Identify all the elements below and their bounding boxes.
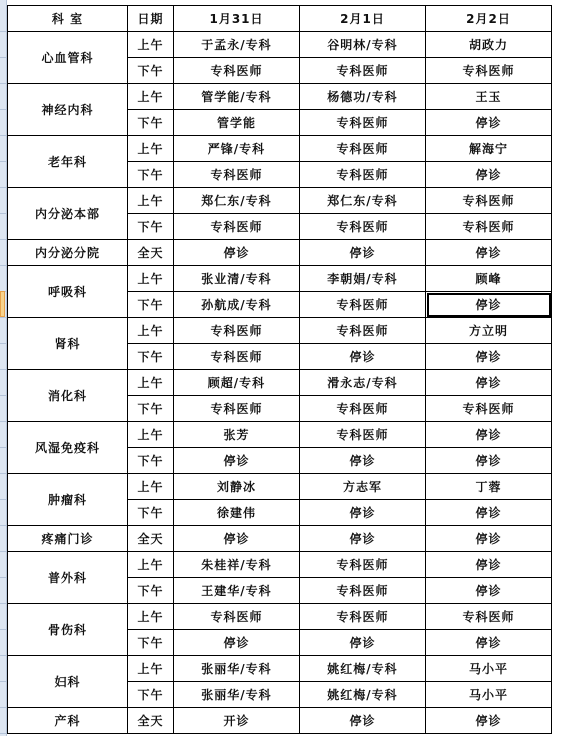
row-header-divider [0,31,6,32]
time-slot-cell[interactable]: 上午 [128,552,174,578]
schedule-cell[interactable]: 停诊 [426,630,552,656]
time-slot-cell[interactable]: 下午 [128,292,174,318]
time-slot-cell[interactable]: 下午 [128,500,174,526]
schedule-cell[interactable]: 专科医师 [174,344,300,370]
row-header-divider [0,525,6,526]
time-slot-cell[interactable]: 上午 [128,474,174,500]
schedule-cell[interactable]: 停诊 [426,240,552,266]
schedule-cell[interactable]: 胡政力 [426,32,552,58]
schedule-cell[interactable]: 张芳 [174,422,300,448]
schedule-cell[interactable]: 专科医师 [300,422,426,448]
header-day-3[interactable]: 2月2日 [426,6,552,32]
schedule-cell[interactable]: 停诊 [300,448,426,474]
row-header-divider [0,317,6,318]
schedule-cell[interactable]: 郑仁东/专科 [300,188,426,214]
schedule-cell[interactable]: 专科医师 [300,58,426,84]
schedule-cell[interactable]: 顾峰 [426,266,552,292]
schedule-cell[interactable]: 停诊 [426,110,552,136]
time-slot-cell[interactable]: 全天 [128,708,174,734]
schedule-cell[interactable]: 专科医师 [426,604,552,630]
schedule-cell[interactable]: 于孟永/专科 [174,32,300,58]
row-header-divider [0,395,6,396]
time-slot-cell[interactable]: 全天 [128,526,174,552]
department-cell[interactable]: 疼痛门诊 [8,526,128,552]
schedule-cell[interactable]: 专科医师 [174,604,300,630]
row-header-divider [0,551,6,552]
time-slot-cell[interactable]: 全天 [128,240,174,266]
department-cell[interactable]: 心血管科 [8,32,128,84]
table-row: 神经内科上午管学能/专科杨德功/专科王玉 [8,84,552,110]
department-cell[interactable]: 老年科 [8,136,128,188]
row-header-divider [0,655,6,656]
time-slot-cell[interactable]: 下午 [128,682,174,708]
department-cell[interactable]: 呼吸科 [8,266,128,318]
schedule-cell[interactable]: 专科医师 [300,292,426,318]
department-cell[interactable]: 肿瘤科 [8,474,128,526]
schedule-cell[interactable]: 专科医师 [426,58,552,84]
schedule-cell[interactable]: 停诊 [300,240,426,266]
schedule-cell[interactable]: 专科医师 [174,396,300,422]
schedule-cell[interactable]: 滑永志/专科 [300,370,426,396]
schedule-cell[interactable]: 专科医师 [300,136,426,162]
schedule-cell[interactable]: 停诊 [300,500,426,526]
row-header-gutter[interactable] [0,0,7,736]
schedule-cell[interactable]: 停诊 [426,552,552,578]
time-slot-cell[interactable]: 上午 [128,318,174,344]
department-cell[interactable]: 骨伤科 [8,604,128,656]
schedule-cell[interactable]: 朱桂祥/专科 [174,552,300,578]
schedule-cell[interactable]: 专科医师 [300,318,426,344]
row-header-divider [0,447,6,448]
time-slot-cell[interactable]: 上午 [128,604,174,630]
row-header-divider [0,369,6,370]
table-row: 普外科上午朱桂祥/专科专科医师停诊 [8,552,552,578]
time-slot-cell[interactable]: 上午 [128,370,174,396]
schedule-cell[interactable]: 马小平 [426,656,552,682]
schedule-cell[interactable]: 管学能 [174,110,300,136]
time-slot-cell[interactable]: 上午 [128,266,174,292]
schedule-cell[interactable]: 专科医师 [174,58,300,84]
row-header-selected[interactable] [0,291,5,317]
table-row: 肿瘤科上午刘静冰方志军丁蓉 [8,474,552,500]
schedule-cell[interactable]: 严锋/专科 [174,136,300,162]
schedule-cell[interactable]: 停诊 [426,526,552,552]
schedule-cell[interactable]: 专科医师 [300,578,426,604]
schedule-cell[interactable]: 张丽华/专科 [174,656,300,682]
department-cell[interactable]: 内分泌分院 [8,240,128,266]
time-slot-cell[interactable]: 下午 [128,630,174,656]
schedule-cell[interactable]: 刘静冰 [174,474,300,500]
schedule-cell[interactable]: 停诊 [426,448,552,474]
schedule-cell[interactable]: 停诊 [174,630,300,656]
schedule-cell[interactable]: 张丽华/专科 [174,682,300,708]
schedule-cell[interactable]: 停诊 [426,344,552,370]
row-header-divider [0,473,6,474]
header-row: 科 室 日期 1月31日 2月1日 2月2日 [8,6,552,32]
time-slot-cell[interactable]: 下午 [128,448,174,474]
schedule-cell[interactable]: 停诊 [426,370,552,396]
schedule-cell[interactable]: 谷明林/专科 [300,32,426,58]
schedule-cell[interactable]: 方志军 [300,474,426,500]
schedule-cell[interactable]: 姚红梅/专科 [300,656,426,682]
schedule-cell[interactable]: 方立明 [426,318,552,344]
time-slot-cell[interactable]: 上午 [128,422,174,448]
schedule-cell[interactable]: 丁蓉 [426,474,552,500]
table-row: 呼吸科上午张业清/专科李朝娟/专科顾峰 [8,266,552,292]
row-header-divider [0,109,6,110]
row-header-divider [0,603,6,604]
row-header-divider [0,707,6,708]
schedule-cell[interactable]: 停诊 [300,630,426,656]
table-row: 消化科上午顾超/专科滑永志/专科停诊 [8,370,552,396]
schedule-cell[interactable]: 孙航成/专科 [174,292,300,318]
row-header-divider [0,83,6,84]
schedule-cell[interactable]: 专科医师 [300,162,426,188]
department-cell[interactable]: 肾科 [8,318,128,370]
row-header-divider [0,265,6,266]
clinic-schedule-table: 科 室 日期 1月31日 2月1日 2月2日 心血管科上午于孟永/专科谷明林/专… [7,5,552,734]
table-row: 老年科上午严锋/专科专科医师解海宁 [8,136,552,162]
row-header-divider [0,681,6,682]
schedule-cell[interactable]: 徐建伟 [174,500,300,526]
schedule-cell[interactable]: 王建华/专科 [174,578,300,604]
schedule-cell[interactable]: 马小平 [426,682,552,708]
row-header-divider [0,421,6,422]
schedule-cell[interactable]: 停诊 [174,240,300,266]
table-row: 骨伤科上午专科医师专科医师专科医师 [8,604,552,630]
header-department[interactable]: 科 室 [8,6,128,32]
header-day-2[interactable]: 2月1日 [300,6,426,32]
schedule-cell[interactable]: 郑仁东/专科 [174,188,300,214]
time-slot-cell[interactable]: 下午 [128,214,174,240]
schedule-cell[interactable]: 专科医师 [426,214,552,240]
schedule-cell[interactable]: 停诊 [300,526,426,552]
schedule-cell[interactable]: 停诊 [426,162,552,188]
schedule-cell[interactable]: 姚红梅/专科 [300,682,426,708]
header-date[interactable]: 日期 [128,6,174,32]
table-row: 内分泌本部上午郑仁东/专科郑仁东/专科专科医师 [8,188,552,214]
row-header-divider [0,239,6,240]
time-slot-cell[interactable]: 上午 [128,136,174,162]
schedule-cell[interactable]: 专科医师 [300,396,426,422]
department-cell[interactable]: 风湿免疫科 [8,422,128,474]
schedule-cell[interactable]: 停诊 [426,708,552,734]
schedule-cell[interactable]: 开诊 [174,708,300,734]
schedule-cell[interactable]: 专科医师 [174,318,300,344]
table-row: 内分泌分院全天停诊停诊停诊 [8,240,552,266]
schedule-cell[interactable]: 管学能/专科 [174,84,300,110]
schedule-cell[interactable]: 王玉 [426,84,552,110]
department-cell[interactable]: 普外科 [8,552,128,604]
time-slot-cell[interactable]: 下午 [128,344,174,370]
table-row: 产科全天开诊停诊停诊 [8,708,552,734]
schedule-cell[interactable]: 顾超/专科 [174,370,300,396]
table-row: 肾科上午专科医师专科医师方立明 [8,318,552,344]
table-row: 风湿免疫科上午张芳专科医师停诊 [8,422,552,448]
selected-cell[interactable]: 停诊 [426,292,552,318]
schedule-cell[interactable]: 停诊 [174,448,300,474]
time-slot-cell[interactable]: 下午 [128,162,174,188]
row-header-divider [0,629,6,630]
time-slot-cell[interactable]: 下午 [128,110,174,136]
table-row: 疼痛门诊全天停诊停诊停诊 [8,526,552,552]
schedule-cell[interactable]: 专科医师 [300,110,426,136]
row-header-divider [0,161,6,162]
schedule-cell[interactable]: 专科医师 [174,214,300,240]
header-day-1[interactable]: 1月31日 [174,6,300,32]
schedule-cell[interactable]: 解海宁 [426,136,552,162]
row-header-divider [0,135,6,136]
row-header-divider [0,733,6,734]
schedule-cell[interactable]: 专科医师 [300,214,426,240]
schedule-cell[interactable]: 张业清/专科 [174,266,300,292]
schedule-cell[interactable]: 专科医师 [300,604,426,630]
schedule-cell[interactable]: 停诊 [426,578,552,604]
table-row: 心血管科上午于孟永/专科谷明林/专科胡政力 [8,32,552,58]
department-cell[interactable]: 内分泌本部 [8,188,128,240]
schedule-cell[interactable]: 专科医师 [174,162,300,188]
schedule-cell[interactable]: 李朝娟/专科 [300,266,426,292]
schedule-cell[interactable]: 杨德功/专科 [300,84,426,110]
schedule-cell[interactable]: 专科医师 [426,188,552,214]
table-row: 妇科上午张丽华/专科姚红梅/专科马小平 [8,656,552,682]
department-cell[interactable]: 消化科 [8,370,128,422]
time-slot-cell[interactable]: 上午 [128,32,174,58]
department-cell[interactable]: 妇科 [8,656,128,708]
department-cell[interactable]: 产科 [8,708,128,734]
row-header-divider [0,343,6,344]
row-header-divider [0,577,6,578]
time-slot-cell[interactable]: 上午 [128,656,174,682]
row-header-divider [0,213,6,214]
time-slot-cell[interactable]: 下午 [128,396,174,422]
row-header-divider [0,57,6,58]
schedule-cell[interactable]: 专科医师 [426,396,552,422]
row-header-divider [0,187,6,188]
schedule-cell[interactable]: 停诊 [426,422,552,448]
schedule-cell[interactable]: 停诊 [174,526,300,552]
time-slot-cell[interactable]: 上午 [128,188,174,214]
department-cell[interactable]: 神经内科 [8,84,128,136]
time-slot-cell[interactable]: 下午 [128,58,174,84]
schedule-cell[interactable]: 专科医师 [300,552,426,578]
time-slot-cell[interactable]: 下午 [128,578,174,604]
schedule-cell[interactable]: 停诊 [300,708,426,734]
row-header-divider [0,499,6,500]
time-slot-cell[interactable]: 上午 [128,84,174,110]
schedule-cell[interactable]: 停诊 [426,500,552,526]
schedule-cell[interactable]: 停诊 [300,344,426,370]
